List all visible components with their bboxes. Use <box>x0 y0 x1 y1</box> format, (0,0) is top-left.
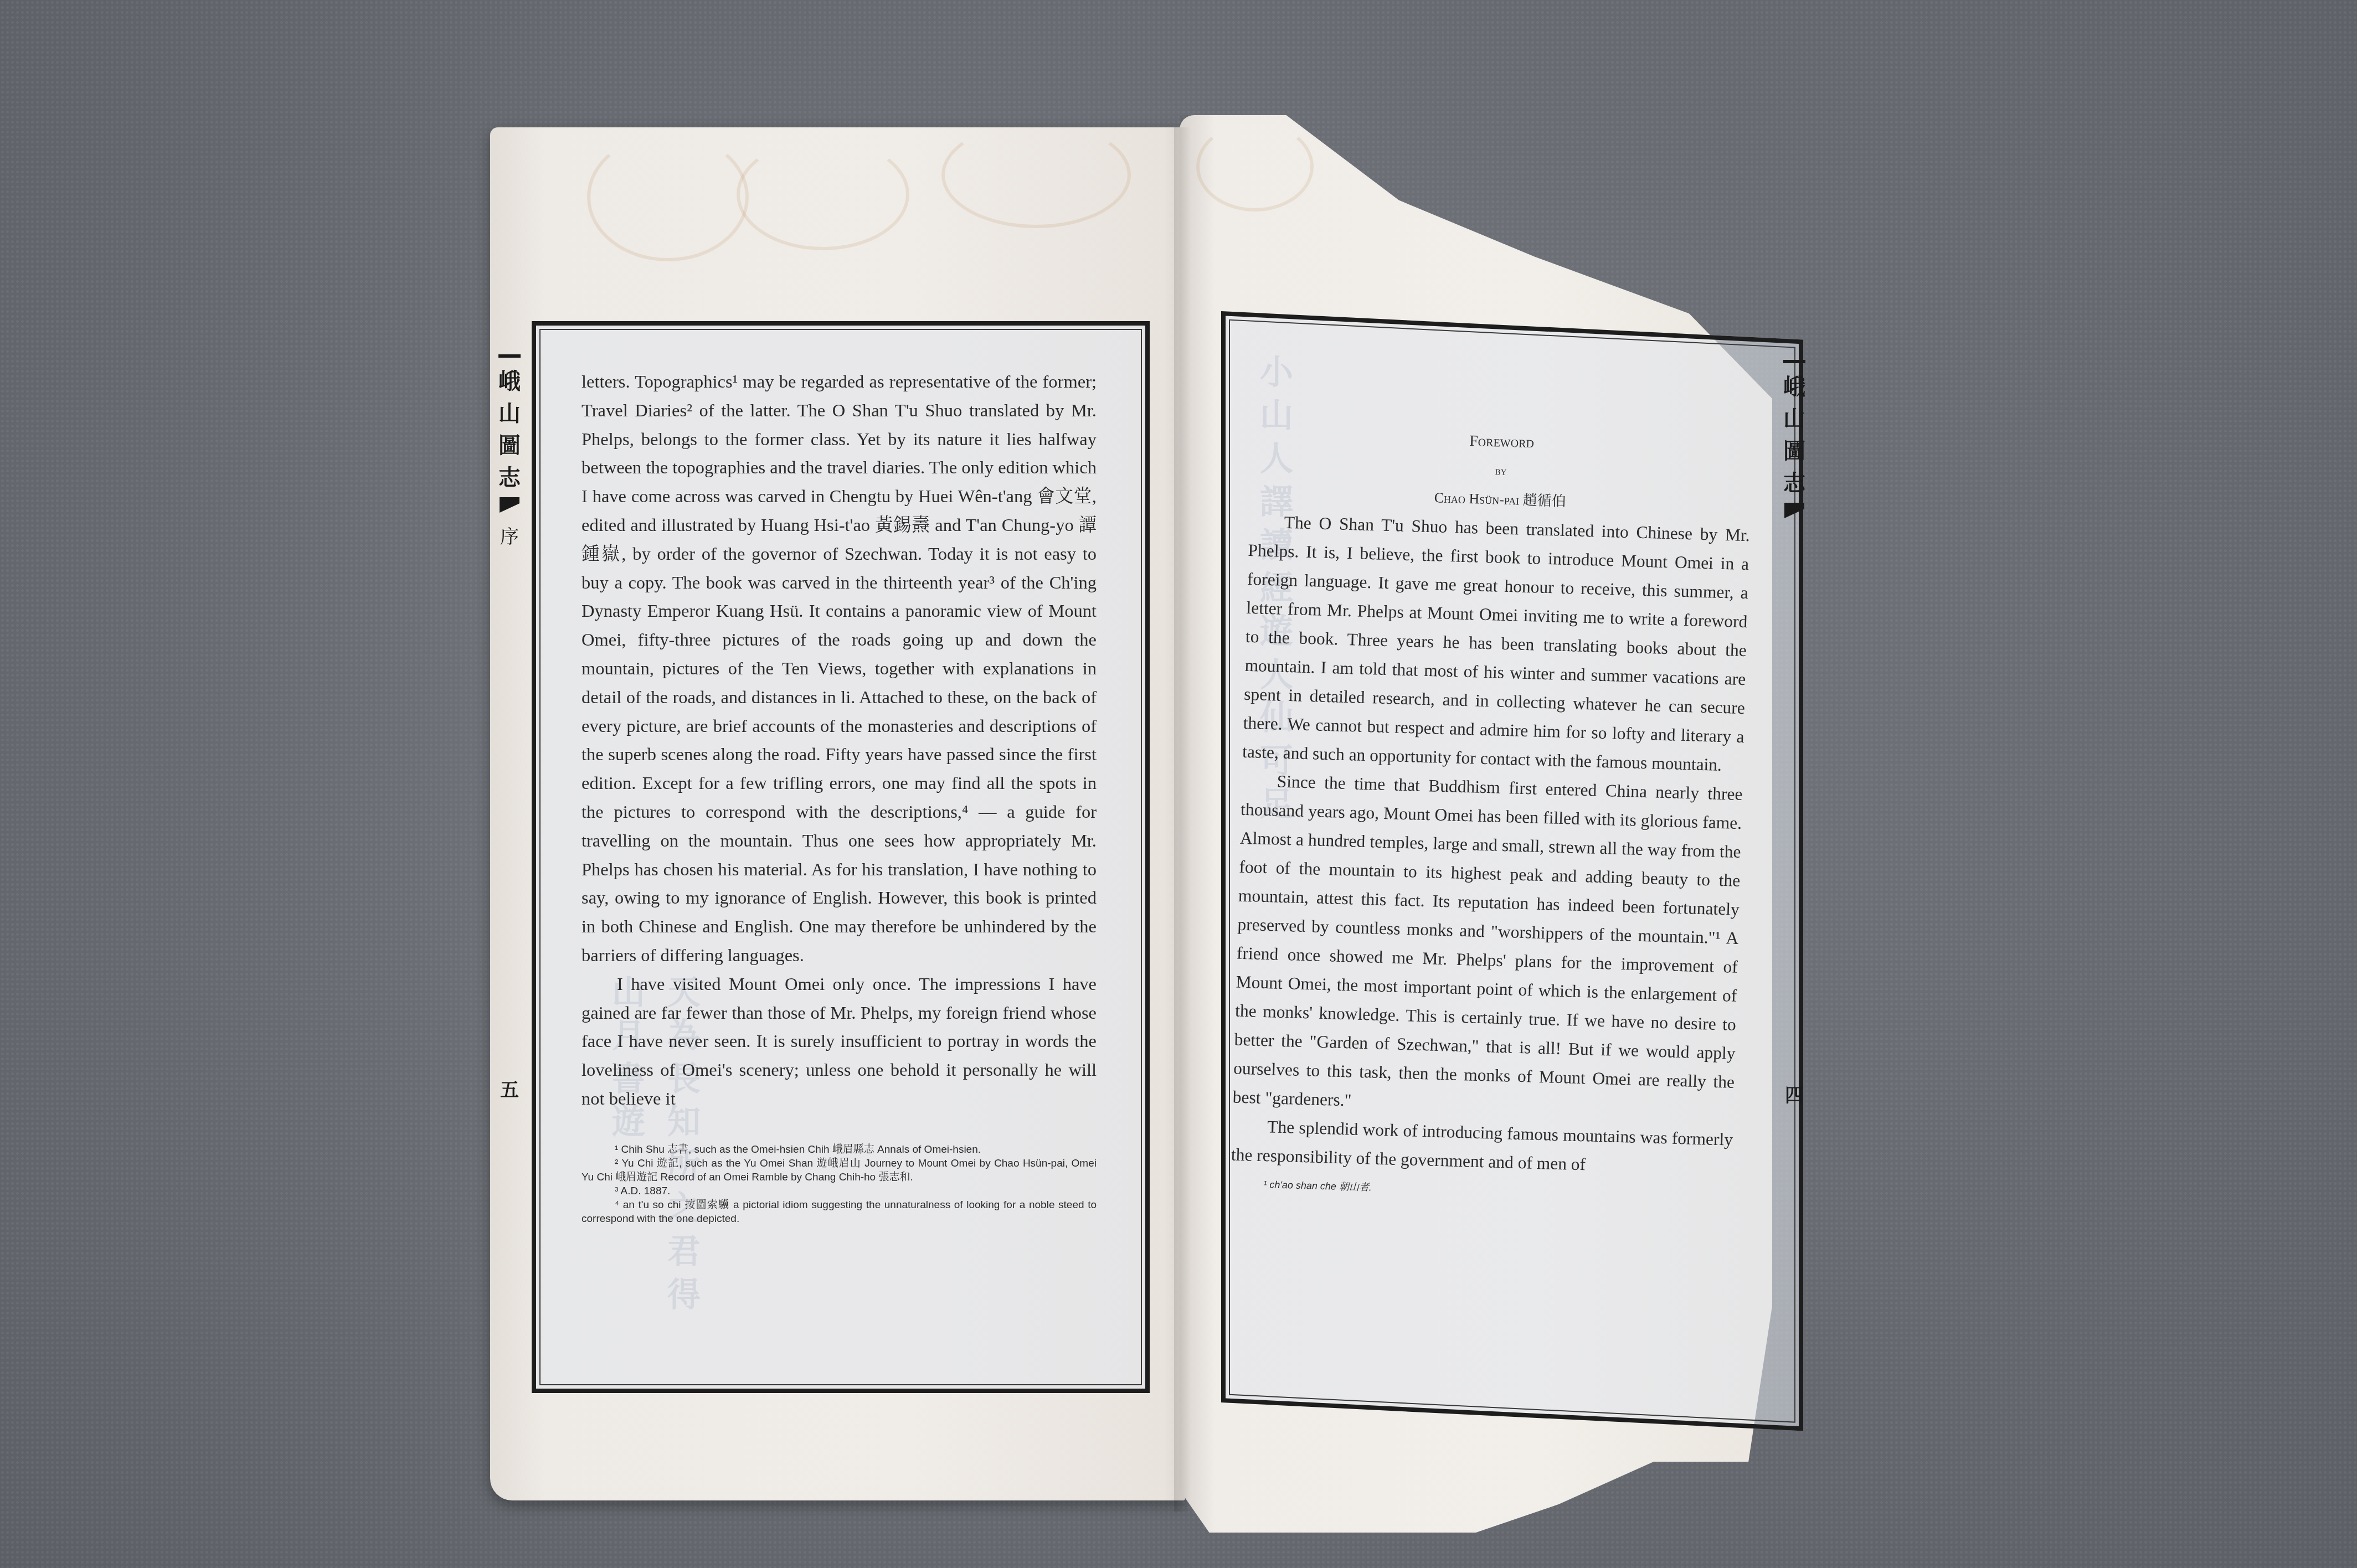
fish-tail-mark-icon <box>1784 503 1804 518</box>
fore-edge-title-char: 志 <box>1783 467 1805 499</box>
fore-edge-title-char: 圖 <box>1783 435 1805 467</box>
footnote: ³ A.D. 1887. <box>581 1184 1097 1198</box>
fore-edge-bar <box>1783 360 1805 363</box>
paragraph: I have visited Mount Omei only once. The… <box>581 971 1097 1114</box>
footnote: ² Yu Chi 遊記, such as the Yu Omei Shan 遊峨… <box>581 1157 1097 1184</box>
fore-edge-title-char: 山 <box>1783 403 1805 435</box>
fore-edge-bar <box>498 354 521 358</box>
water-stain <box>941 122 1131 228</box>
fore-edge-title-char: 峨 <box>498 365 521 398</box>
left-page-text: letters. Topographics¹ may be regarded a… <box>581 368 1097 1226</box>
paragraph: letters. Topographics¹ may be regarded a… <box>581 368 1097 971</box>
paragraph: Since the time that Buddhism first enter… <box>1232 766 1743 1126</box>
right-fore-edge: 峨 山 圖 志 四 <box>1780 360 1808 1107</box>
paragraph: The O Shan T'u Shuo has been translated … <box>1242 507 1751 780</box>
water-stain <box>1196 122 1314 212</box>
spine-gutter <box>1174 127 1191 1512</box>
fore-edge-title-char: 山 <box>498 398 521 430</box>
right-page-text: Foreword by Chao Hsün-pai 趙循伯 The O Shan… <box>1230 421 1753 1212</box>
fish-tail-mark-icon <box>500 497 519 513</box>
fore-edge-title-char: 志 <box>498 462 521 494</box>
water-stain <box>587 133 749 261</box>
fore-edge-title-char: 圖 <box>498 430 521 462</box>
fore-edge-title-char: 峨 <box>1783 371 1805 403</box>
left-page-number: 五 <box>500 1075 519 1102</box>
footnote: ¹ Chih Shu 志書, such as the Omei-hsien Ch… <box>581 1143 1097 1157</box>
left-footnotes: ¹ Chih Shu 志書, such as the Omei-hsien Ch… <box>581 1143 1097 1226</box>
fore-edge-section: 序 <box>500 522 519 549</box>
footnote: ⁴ an t'u so chi 按圖索驥 a pictorial idiom s… <box>581 1198 1097 1226</box>
open-book: 天為長知所之君得山月書遊 峨 山 圖 志 序 五 letters. Topogr… <box>0 0 2357 1568</box>
right-page-number: 四 <box>1785 1080 1804 1107</box>
water-stain <box>737 138 909 250</box>
left-fore-edge: 峨 山 圖 志 序 五 <box>496 354 523 1102</box>
